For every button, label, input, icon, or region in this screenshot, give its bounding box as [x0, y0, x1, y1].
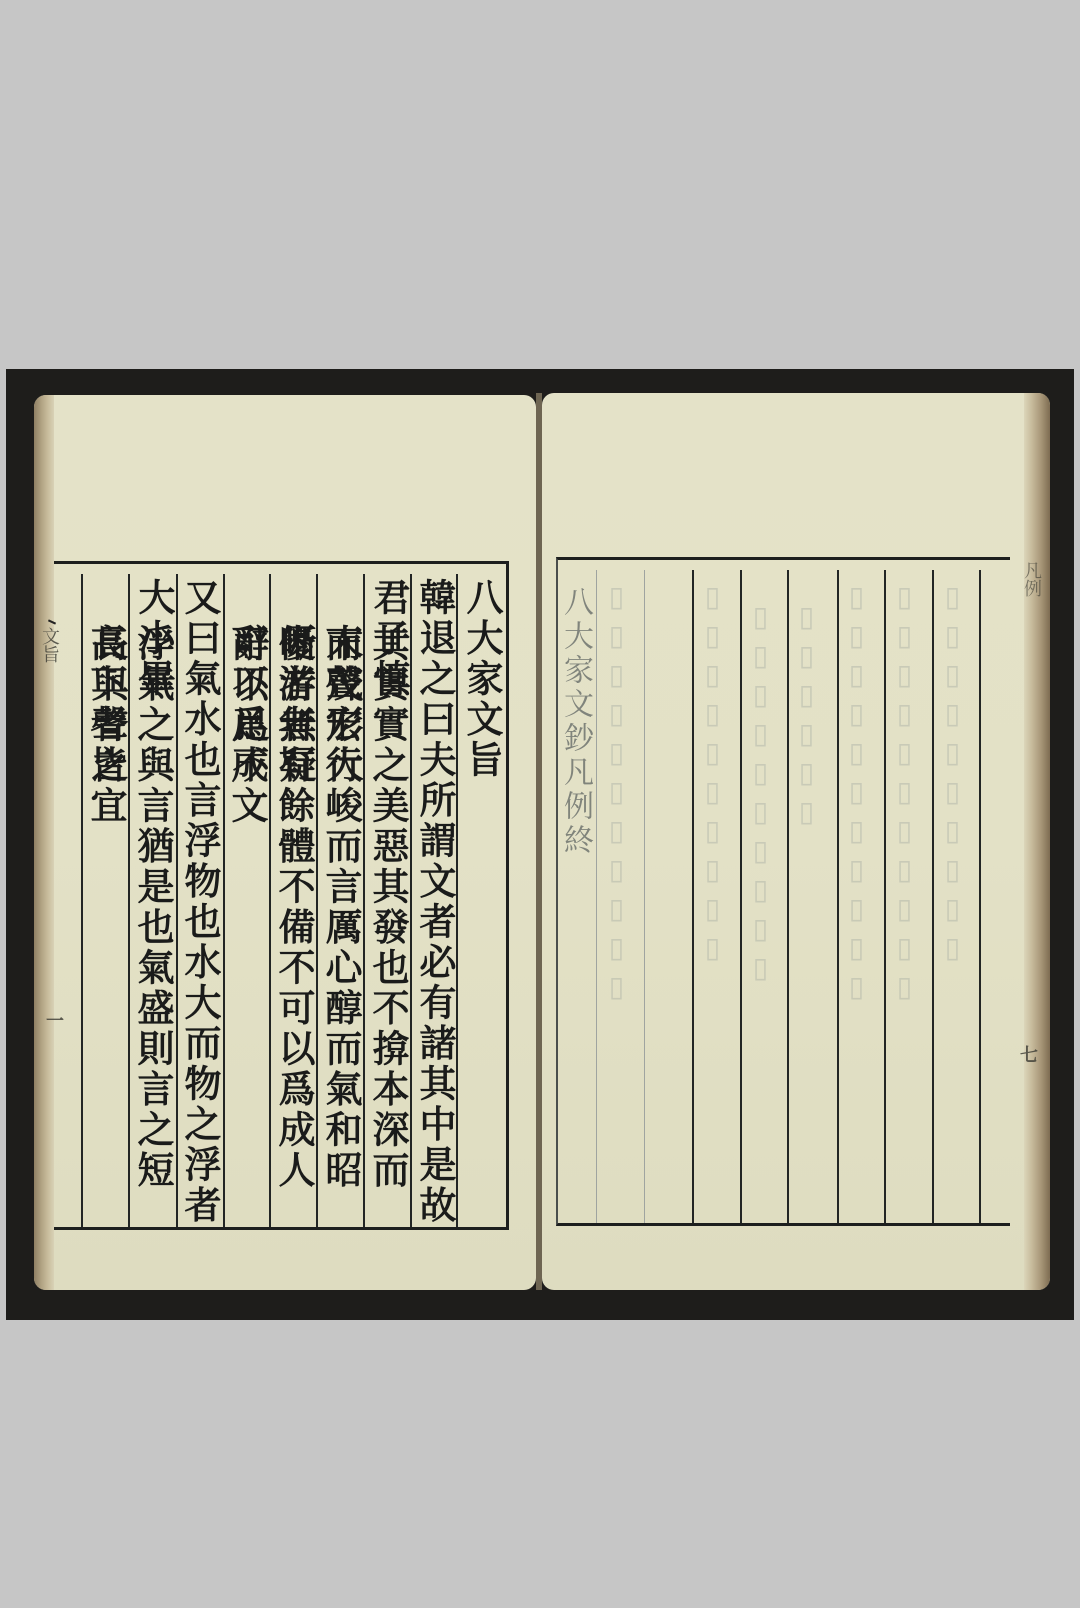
- text-column-8: 高下者皆宜: [83, 624, 129, 827]
- text-column-4: 優游者有餘體不備不可以爲成人辭不足不: [271, 624, 317, 1227]
- printed-frame-left: 八大家文旨 韓退之曰夫所謂文者必有諸其中是故君子慎 其實實之美惡其發也不揜本深而…: [54, 561, 509, 1230]
- closing-column: 八大家文鈔凡例終: [552, 586, 598, 858]
- text-column-5: 可以爲成文: [224, 624, 270, 827]
- column-rule: [932, 570, 934, 1223]
- column-title: 八大家文旨: [459, 578, 505, 781]
- bleed-through-text: ▯▯▯▯▯▯▯▯▯▯: [936, 580, 969, 970]
- text-column-2: 其實實之美惡其發也不揜本深而末茂形大: [365, 624, 411, 1227]
- column-rule: [644, 570, 645, 1223]
- text-column-7: 浮氣之與言猶是也氣盛則言之短長與聲之: [130, 624, 176, 1227]
- left-page-edge: [34, 395, 54, 1290]
- scan-frame: 文旨 一 八大家文旨 韓退之曰夫所謂文者必有諸其中是故君子慎 其實實之美惡其發也…: [6, 369, 1074, 1320]
- column-rule: [692, 570, 694, 1223]
- bleed-through-text: ▯▯▯▯▯▯: [790, 600, 823, 834]
- right-page-edge: [1024, 393, 1050, 1290]
- printed-frame-right: 八大家文鈔凡例終 ▯▯▯▯▯▯▯▯▯▯▯ ▯▯▯▯▯▯▯▯▯▯ ▯▯▯▯▯▯▯▯…: [556, 557, 1010, 1226]
- spine-label-right: 凡例: [1018, 561, 1044, 597]
- right-page: 凡例 七 八大家文鈔凡例終 ▯▯▯▯▯▯▯▯▯▯▯ ▯▯▯▯▯▯▯▯▯▯ ▯▯▯…: [542, 393, 1050, 1290]
- text-column-3: 而聲宏行峻而言厲心醇而氣和昭晰者無疑: [318, 624, 364, 1227]
- bleed-through-text: ▯▯▯▯▯▯▯▯▯▯: [696, 580, 729, 970]
- column-rule: [884, 570, 886, 1223]
- bleed-through-text: ▯▯▯▯▯▯▯▯▯▯▯: [600, 580, 633, 1009]
- column-rule: [740, 570, 742, 1223]
- folio-number-right: 七: [1014, 1045, 1040, 1063]
- column-rule: [979, 570, 981, 1223]
- bleed-through-text: ▯▯▯▯▯▯▯▯▯▯▯: [840, 580, 873, 1009]
- column-rule: [787, 570, 789, 1223]
- left-page: 文旨 一 八大家文旨 韓退之曰夫所謂文者必有諸其中是故君子慎 其實實之美惡其發也…: [34, 395, 536, 1290]
- text-column-6: 又曰氣水也言浮物也水大而物之浮者大小畢: [177, 578, 223, 1227]
- bleed-through-text: ▯▯▯▯▯▯▯▯▯▯▯: [888, 580, 921, 1009]
- bleed-through-text: ▯▯▯▯▯▯▯▯▯▯: [744, 600, 777, 990]
- column-rule: [837, 570, 839, 1223]
- text-column-1: 韓退之曰夫所謂文者必有諸其中是故君子慎: [412, 578, 458, 1227]
